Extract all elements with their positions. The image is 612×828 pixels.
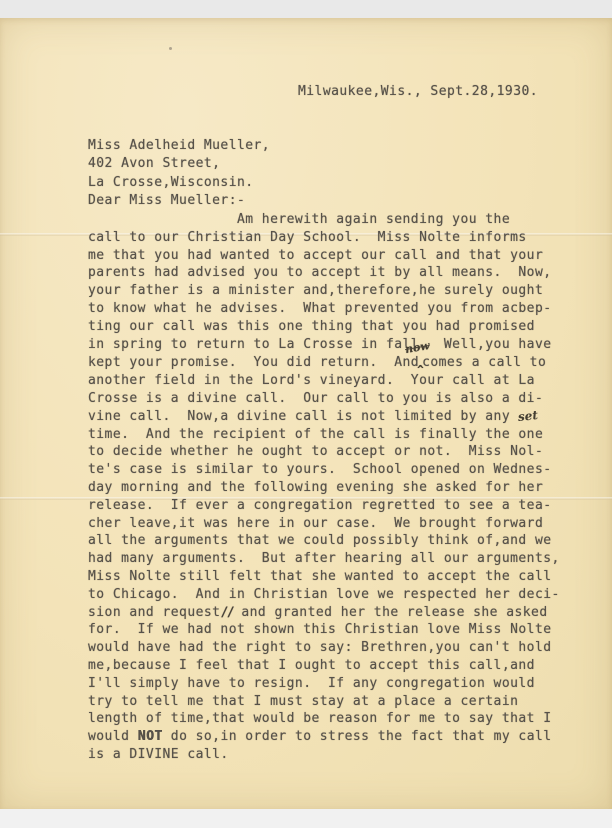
letter-line: parents had advised you to accept it by … <box>88 264 588 282</box>
recipient-street-line: 402 Avon Street, <box>88 155 270 173</box>
caret-mark: ^ <box>417 361 424 379</box>
letter-line: would have had the right to say: Brethre… <box>88 639 588 657</box>
letter-line: call to our Christian Day School. Miss N… <box>88 229 588 247</box>
letter-line: your father is a minister and,therefore,… <box>88 282 588 300</box>
letter-line: length of time,that would be reason for … <box>88 710 588 728</box>
letter-line: to decide whether he ought to accept or … <box>88 443 588 461</box>
letter-line: had many arguments. But after hearing al… <box>88 550 588 568</box>
letter-line: try to tell me that I must stay at a pla… <box>88 693 588 711</box>
handwritten-word: set <box>518 407 540 427</box>
letter-body: Am herewith again sending you thecall to… <box>88 211 588 764</box>
recipient-name-line: Miss Adelheid Mueller, <box>88 137 270 155</box>
letter-line: Am herewith again sending you the <box>88 211 588 229</box>
letter-line: to Chicago. And in Christian love we res… <box>88 586 588 604</box>
letter-line: Crosse is a divine call. Our call to you… <box>88 390 588 408</box>
letter-line: would NOT do so,in order to stress the f… <box>88 728 588 746</box>
letter-line: in spring to return to La Crosse in fall… <box>88 336 588 354</box>
letter-line: cher leave,it was here in our case. We b… <box>88 515 588 533</box>
letter-line: kept your promise. You did return. Andno… <box>88 353 588 372</box>
letter-line: ting our call was this one thing that yo… <box>88 318 588 336</box>
letter-line: me that you had wanted to accept our cal… <box>88 247 588 265</box>
letter-line: me,because I feel that I ought to accept… <box>88 657 588 675</box>
letter-line: I'll simply have to resign. If any congr… <box>88 675 588 693</box>
letter-line: day morning and the following evening sh… <box>88 479 588 497</box>
salutation: Dear Miss Mueller:- <box>88 192 270 210</box>
letter-line: to know what he advises. What prevented … <box>88 300 588 318</box>
inserted-word: now <box>404 337 432 359</box>
letter-line: all the arguments that we could possibly… <box>88 532 588 550</box>
overstruck-emphasis: NOT <box>138 729 163 744</box>
letter-line: Miss Nolte still felt that she wanted to… <box>88 568 588 586</box>
recipient-block: Miss Adelheid Mueller, 402 Avon Street, … <box>88 137 270 211</box>
letter-line: is a DIVINE call. <box>88 746 588 764</box>
letter-line: for. If we had not shown this Christian … <box>88 621 588 639</box>
strikeout-marks: ∕∕ <box>220 605 233 620</box>
letter-line: another field in the Lord's vineyard. Yo… <box>88 372 588 390</box>
letter-line: sion and request∕∕ and granted her the r… <box>88 604 588 622</box>
recipient-city-line: La Crosse,Wisconsin. <box>88 174 270 192</box>
letter-line: te's case is similar to yours. School op… <box>88 461 588 479</box>
letter-line: release. If ever a congregation regrette… <box>88 497 588 515</box>
handwritten-insertion: now^ <box>419 353 422 366</box>
letter-page: Milwaukee,Wis., Sept.28,1930. Miss Adelh… <box>0 18 612 809</box>
dateline: Milwaukee,Wis., Sept.28,1930. <box>298 84 538 99</box>
letter-line: vine call. Now,a divine call is not limi… <box>88 408 588 426</box>
letter-line: time. And the recipient of the call is f… <box>88 426 588 444</box>
paper-speck <box>169 47 172 50</box>
scanned-letter-view: Milwaukee,Wis., Sept.28,1930. Miss Adelh… <box>0 0 612 828</box>
